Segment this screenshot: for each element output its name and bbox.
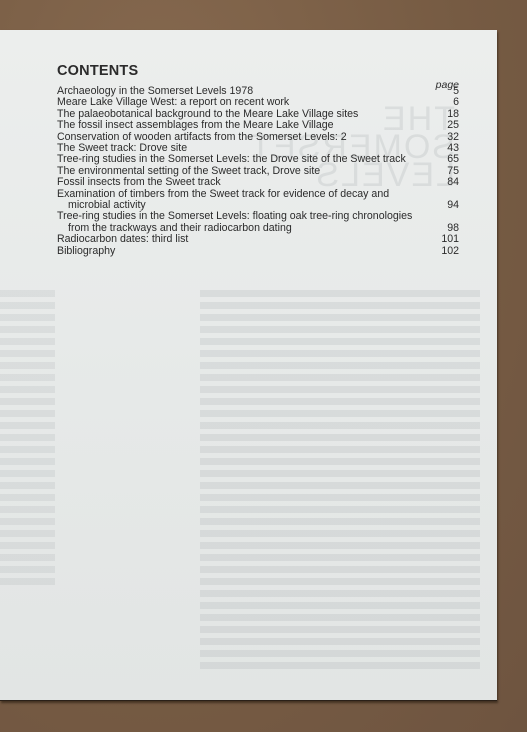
entry-title-line1: Examination of timbers from the Sweet tr… bbox=[57, 188, 389, 200]
contents-list: CONTENTS page Archaeology in the Somerse… bbox=[57, 63, 459, 257]
entry-title: Tree-ring studies in the Somerset Levels… bbox=[57, 211, 437, 234]
entry-title: Examination of timbers from the Sweet tr… bbox=[57, 189, 437, 212]
contents-entry: Radiocarbon dates: third list 101 bbox=[57, 234, 459, 245]
contents-entry: The fossil insect assemblages from the M… bbox=[57, 120, 459, 131]
contents-entry: Examination of timbers from the Sweet tr… bbox=[57, 189, 459, 212]
entry-page: 101 bbox=[437, 234, 459, 245]
contents-heading: CONTENTS bbox=[57, 63, 459, 79]
entry-title: The fossil insect assemblages from the M… bbox=[57, 120, 437, 131]
contents-entry: Tree-ring studies in the Somerset Levels… bbox=[57, 211, 459, 234]
entry-page: 84 bbox=[437, 177, 459, 188]
entry-page: 94 bbox=[437, 200, 459, 211]
entry-title: Radiocarbon dates: third list bbox=[57, 234, 437, 245]
entry-page: 25 bbox=[437, 120, 459, 131]
entry-title-line1: Tree-ring studies in the Somerset Levels… bbox=[57, 210, 412, 222]
show-through-text-left bbox=[0, 290, 55, 590]
entry-page: 102 bbox=[437, 246, 459, 257]
entry-title: Bibliography bbox=[57, 246, 437, 257]
show-through-text bbox=[200, 290, 480, 670]
contents-entry: Bibliography 102 bbox=[57, 246, 459, 257]
